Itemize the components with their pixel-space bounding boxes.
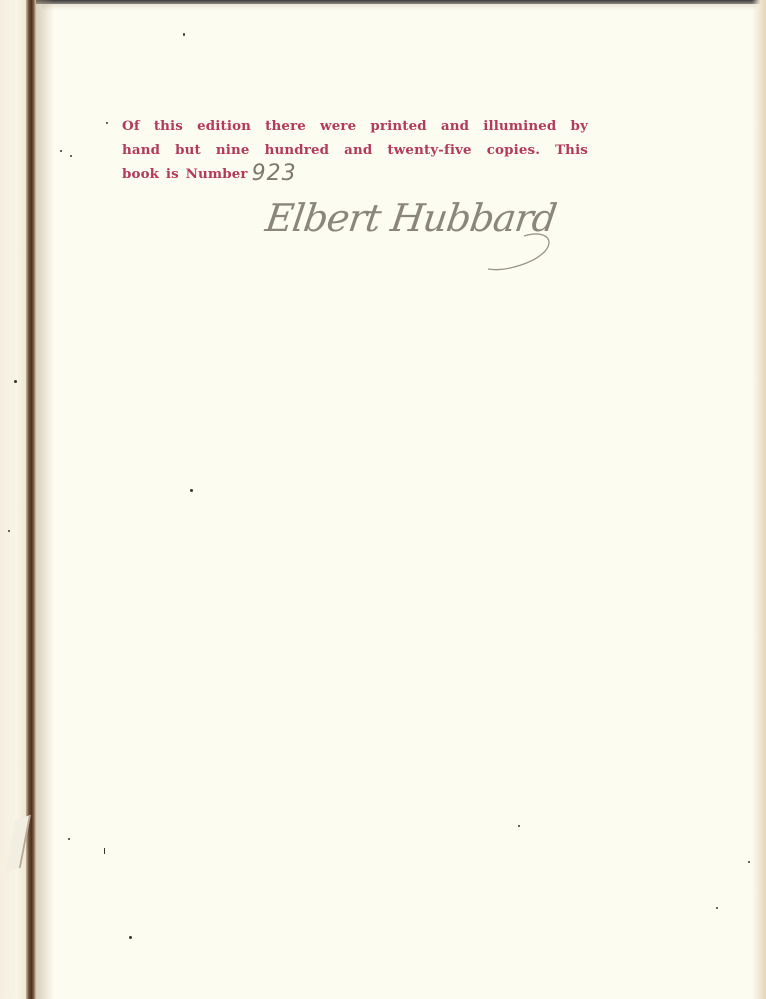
foxing-speck: [129, 936, 132, 939]
signature-flourish: [262, 196, 562, 276]
foxing-speck: [8, 530, 10, 532]
foxing-speck: [106, 122, 108, 124]
foxing-speck: [60, 150, 62, 152]
foxing-speck: [70, 155, 72, 157]
colophon-line-2: hand but nine hundred and twenty-five co…: [122, 139, 588, 163]
page-right-edge: [752, 0, 766, 999]
foxing-speck: [190, 489, 193, 492]
gutter-shadow: [36, 0, 54, 999]
foxing-speck: [183, 33, 185, 36]
foxing-speck: [748, 861, 750, 863]
handwritten-copy-number: 923: [252, 161, 297, 186]
colophon-line-1: Of this edition there were printed and i…: [122, 115, 588, 139]
scanned-page: Of this edition there were printed and i…: [0, 0, 766, 999]
page-top-edge: [42, 4, 757, 10]
colophon-line-3: book is Number923: [122, 162, 588, 187]
foxing-speck: [68, 838, 70, 840]
foxing-speck: [14, 380, 17, 383]
signature: Elbert Hubbard: [262, 196, 562, 276]
foxing-speck: [518, 825, 520, 827]
foxing-speck: [716, 907, 718, 909]
colophon-number-label: book is Number: [122, 166, 248, 182]
foxing-speck: [104, 848, 105, 854]
colophon-text: Of this edition there were printed and i…: [122, 115, 588, 187]
book-gutter: [26, 0, 36, 999]
